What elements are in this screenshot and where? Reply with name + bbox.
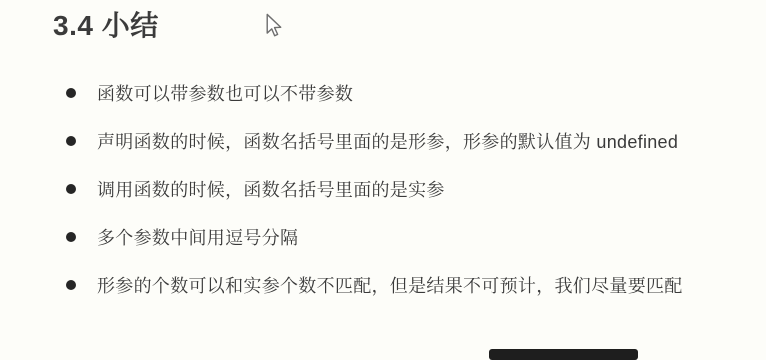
bullet-item: 函数可以带参数也可以不带参数 [0,69,766,117]
bullet-dot-icon [66,184,76,194]
bottom-overlay-bar [489,349,638,360]
bullet-text: 形参的个数可以和实参个数不匹配，但是结果不可预计，我们尽量要匹配 [97,272,683,298]
bullet-item: 多个参数中间用逗号分隔 [0,213,766,261]
mouse-cursor-icon [264,13,282,39]
bullet-dot-icon [66,232,76,242]
bullet-item: 声明函数的时候，函数名括号里面的是形参，形参的默认值为 undefined [0,117,766,165]
bullet-item: 形参的个数可以和实参个数不匹配，但是结果不可预计，我们尽量要匹配 [0,261,766,309]
bullet-text: 函数可以带参数也可以不带参数 [97,80,353,106]
bullet-text: 调用函数的时候，函数名括号里面的是实参 [97,176,445,202]
bullet-list: 函数可以带参数也可以不带参数 声明函数的时候，函数名括号里面的是形参，形参的默认… [0,69,766,309]
slide-title: 3.4 小结 [53,4,159,44]
bullet-text: 多个参数中间用逗号分隔 [97,224,298,250]
bullet-dot-icon [66,88,76,98]
slide: 3.4 小结 函数可以带参数也可以不带参数 声明函数的时候，函数名括号里面的是形… [0,0,766,360]
bullet-dot-icon [66,136,76,146]
bullet-text: 声明函数的时候，函数名括号里面的是形参，形参的默认值为 undefined [97,128,678,154]
bullet-dot-icon [66,280,76,290]
bullet-item: 调用函数的时候，函数名括号里面的是实参 [0,165,766,213]
